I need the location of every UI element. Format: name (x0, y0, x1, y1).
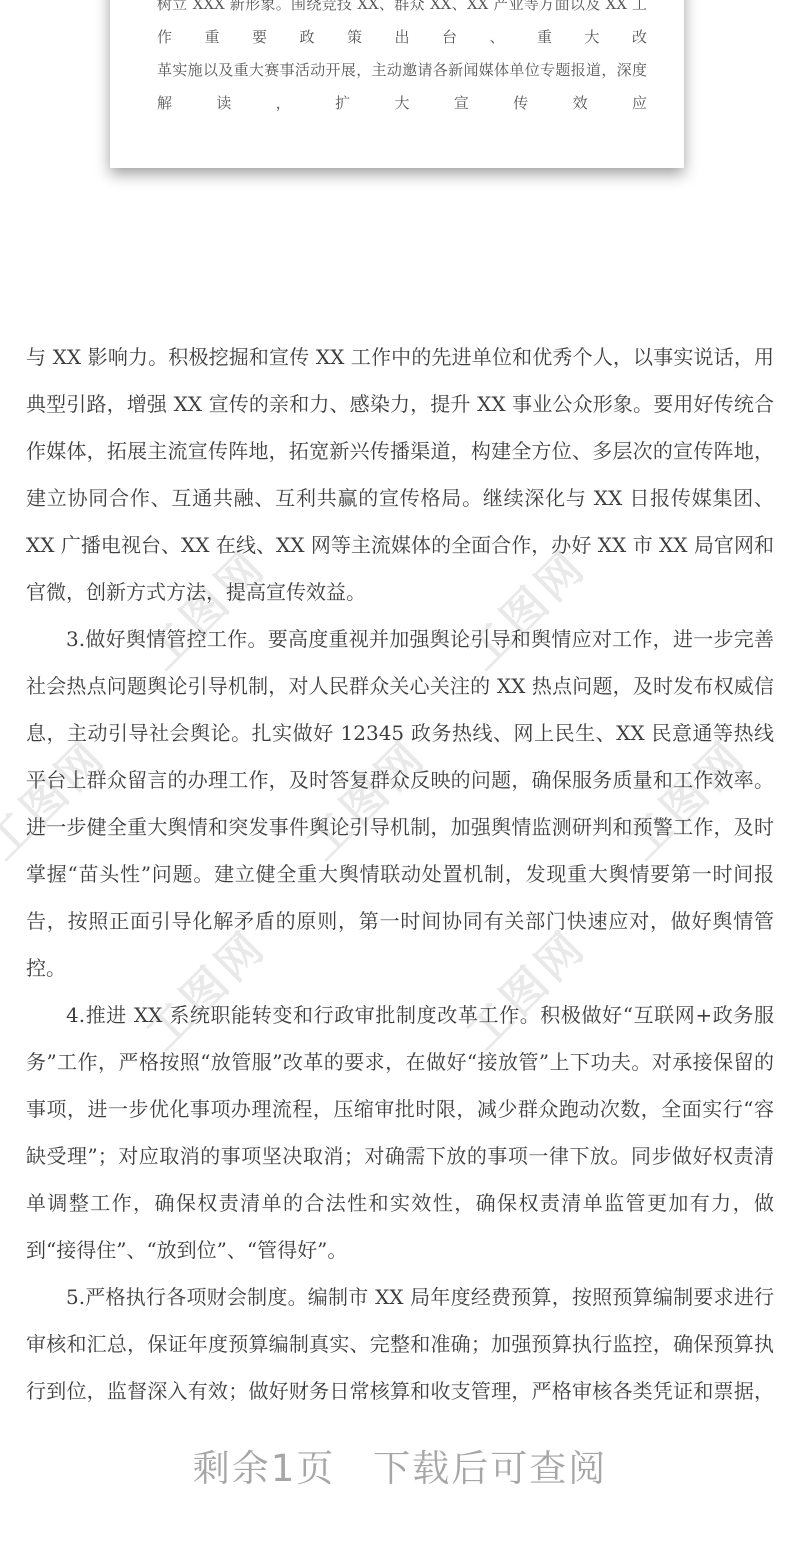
document-preview-page: 树立 XXX 新形象。围绕竞技 XX、群众 XX、XX 产业等方面以及 XX 工… (0, 0, 800, 1553)
remaining-pages-label: 剩余1页 (193, 1438, 336, 1492)
previous-page-preview-card: 树立 XXX 新形象。围绕竞技 XX、群众 XX、XX 产业等方面以及 XX 工… (110, 0, 684, 168)
download-hint-label: 下载后可查阅 (373, 1438, 607, 1492)
previous-page-text: 树立 XXX 新形象。围绕竞技 XX、群众 XX、XX 产业等方面以及 XX 工… (157, 0, 647, 120)
document-paragraph: 4.推进 XX 系统职能转变和行政审批制度改革工作。积极做好“互联网+政务服务”… (26, 992, 774, 1274)
remaining-pages-note: 剩余1页 下载后可查阅 (0, 1438, 800, 1492)
preview-card-line: 革实施以及重大赛事活动开展，主动邀请各新闻媒体单位专题报道，深度解读，扩大宣传效… (157, 54, 647, 120)
preview-card-line: 树立 XXX 新形象。围绕竞技 XX、群众 XX、XX 产业等方面以及 XX 工… (157, 0, 647, 54)
document-paragraph: 与 XX 影响力。积极挖掘和宣传 XX 工作中的先进单位和优秀个人，以事实说话，… (26, 334, 774, 616)
document-paragraph: 5.严格执行各项财会制度。编制市 XX 局年度经费预算，按照预算编制要求进行审核… (26, 1274, 774, 1416)
document-paragraph: 3.做好舆情管控工作。要高度重视并加强舆论引导和舆情应对工作，进一步完善社会热点… (26, 616, 774, 992)
document-paragraphs: 与 XX 影响力。积极挖掘和宣传 XX 工作中的先进单位和优秀个人，以事实说话，… (26, 334, 774, 1416)
